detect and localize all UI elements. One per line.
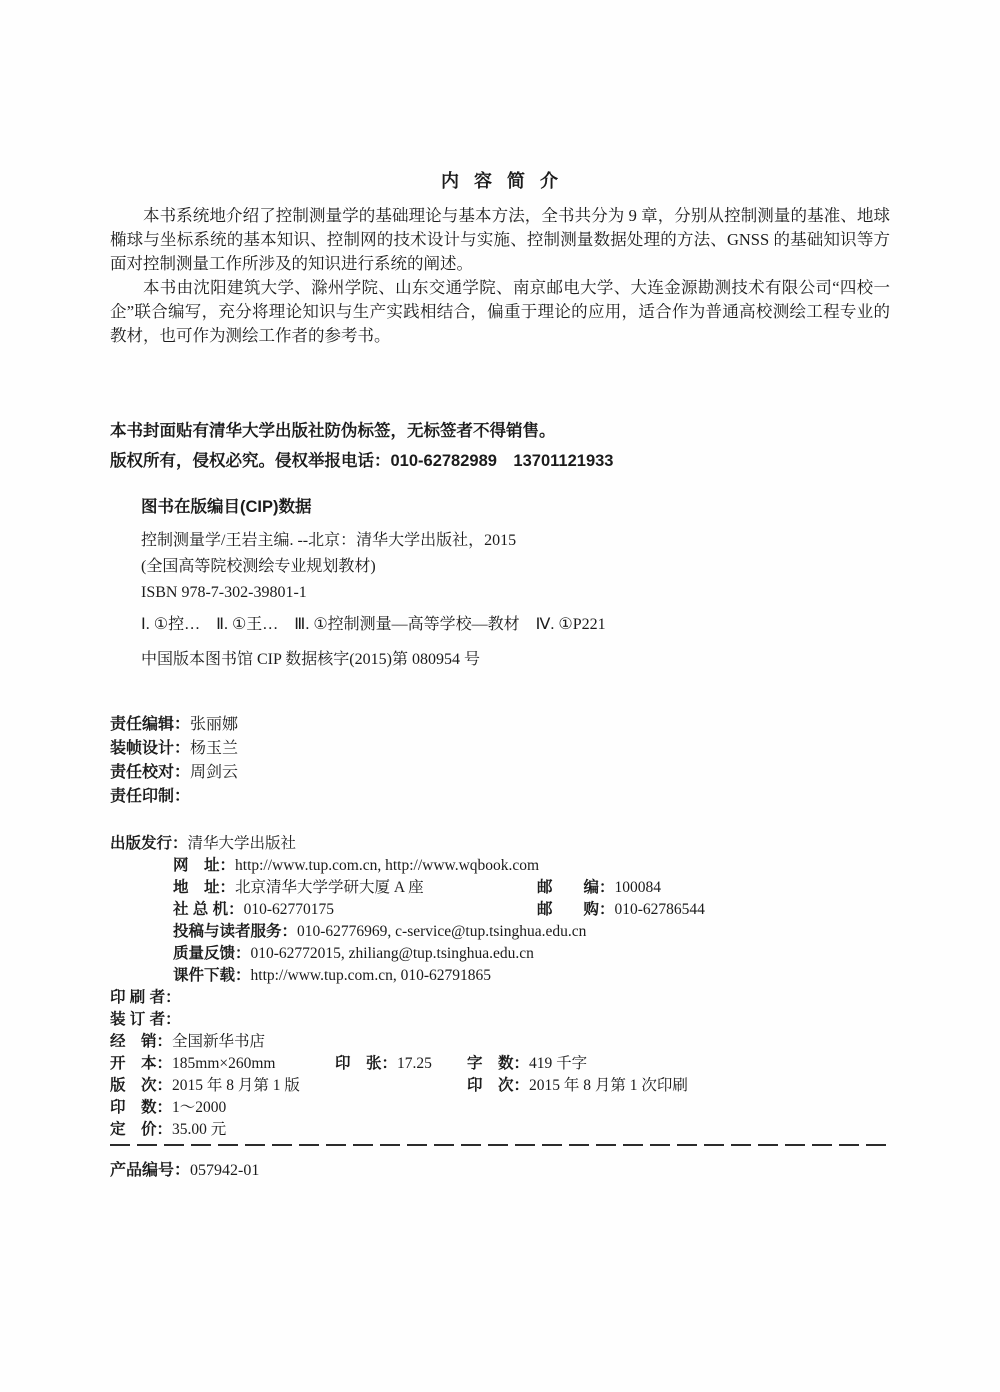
intro-paragraph-2: 本书由沈阳建筑大学、滁州学院、山东交通学院、南京邮电大学、大连金源勘测技术有限公…: [110, 276, 890, 348]
printer-label: 印 刷 者：: [110, 989, 181, 1006]
intro-section: 本书系统地介绍了控制测量学的基础理论与基本方法，全书共分为 9 章，分别从控制测…: [110, 204, 890, 348]
edition-label: 版 次：: [110, 1077, 172, 1094]
courseware-row: 课件下载：http://www.tup.com.cn, 010-62791865: [110, 965, 890, 987]
edition-value: 2015 年 8 月第 1 版: [172, 1077, 300, 1094]
credit-row-proofreader: 责任校对：周剑云: [110, 761, 890, 785]
credit-row-editor: 责任编辑：张丽娜: [110, 713, 890, 737]
address-value: 北京清华大学学研大厦 A 座: [235, 879, 424, 896]
credit-label: 责任校对：: [110, 764, 190, 781]
reader-service-label: 投稿与读者服务：: [173, 923, 297, 940]
word-count-value: 419 千字: [529, 1055, 587, 1072]
printer-row: 印 刷 者：: [110, 987, 890, 1009]
cip-isbn: ISBN 978-7-302-39801-1: [141, 580, 890, 606]
sheets-value: 17.25: [397, 1055, 432, 1072]
credit-value: 周剑云: [190, 764, 238, 781]
product-number-label: 产品编号：: [110, 1162, 190, 1179]
zip-value: 100084: [615, 879, 662, 896]
distributor-label: 经 销：: [110, 1033, 172, 1050]
impression-field: 印 次：2015 年 8 月第 1 次印刷: [467, 1075, 688, 1097]
website-value: http://www.tup.com.cn, http://www.wqbook…: [235, 857, 539, 874]
courseware-label: 课件下载：: [173, 967, 251, 984]
reader-service-row: 投稿与读者服务：010-62776969, c-service@tup.tsin…: [110, 921, 890, 943]
price-row: 定 价：35.00 元: [110, 1119, 890, 1141]
address-label: 地 址：: [173, 879, 235, 896]
credit-row-designer: 装帧设计：杨玉兰: [110, 737, 890, 761]
publisher-label: 出版发行：: [110, 835, 188, 852]
sheets-field: 印 张：17.25: [335, 1053, 432, 1075]
publisher-row: 出版发行：清华大学出版社: [110, 833, 890, 855]
credits-section: 责任编辑：张丽娜 装帧设计：杨玉兰 责任校对：周剑云 责任印制：: [110, 713, 890, 809]
page-title: 内 容 简 介: [110, 170, 890, 192]
credit-value: 杨玉兰: [190, 740, 238, 757]
copyright-notice: 版权所有，侵权必究。侵权举报电话：010-62782989 1370112193…: [110, 446, 890, 476]
cip-record-number: 中国版本图书馆 CIP 数据核字(2015)第 080954 号: [141, 649, 890, 671]
price-label: 定 价：: [110, 1121, 172, 1138]
binder-row: 装 订 者：: [110, 1009, 890, 1031]
impression-value: 2015 年 8 月第 1 次印刷: [529, 1077, 688, 1094]
mail-order-field: 邮 购：010-62786544: [537, 899, 705, 921]
page-content: 内 容 简 介 本书系统地介绍了控制测量学的基础理论与基本方法，全书共分为 9 …: [110, 0, 890, 1182]
distributor-row: 经 销：全国新华书店: [110, 1031, 890, 1053]
switchboard-row: 社 总 机：010-62770175 邮 购：010-62786544: [110, 899, 890, 921]
product-number-row: 产品编号：057942-01: [110, 1160, 890, 1182]
impression-label: 印 次：: [467, 1077, 529, 1094]
format-label: 开 本：: [110, 1055, 172, 1072]
address-row: 地 址：北京清华大学学研大厦 A 座 邮 编：100084: [110, 877, 890, 899]
credit-value: 张丽娜: [190, 716, 238, 733]
credit-label: 责任印制：: [110, 788, 190, 805]
word-count-field: 字 数：419 千字: [467, 1053, 587, 1075]
courseware-value: http://www.tup.com.cn, 010-62791865: [251, 967, 492, 984]
publisher-value: 清华大学出版社: [188, 835, 297, 852]
cip-body: 控制测量学/王岩主编. --北京：清华大学出版社，2015 (全国高等院校测绘专…: [141, 528, 890, 606]
cip-title-line: 控制测量学/王岩主编. --北京：清华大学出版社，2015: [141, 528, 890, 554]
credit-label: 装帧设计：: [110, 740, 190, 757]
website-row: 网 址：http://www.tup.com.cn, http://www.wq…: [110, 855, 890, 877]
mail-order-label: 邮 购：: [537, 901, 615, 918]
switchboard-label: 社 总 机：: [173, 901, 244, 918]
format-value: 185mm×260mm: [172, 1055, 275, 1072]
switchboard-value: 010-62770175: [244, 901, 334, 918]
mail-order-value: 010-62786544: [615, 901, 705, 918]
binder-label: 装 订 者：: [110, 1011, 181, 1028]
cip-series-line: (全国高等院校测绘专业规划教材): [141, 554, 890, 580]
website-label: 网 址：: [173, 857, 235, 874]
distributor-value: 全国新华书店: [172, 1033, 265, 1050]
format-row: 开 本：185mm×260mm 印 张：17.25 字 数：419 千字: [110, 1053, 890, 1075]
credit-row-print-supervisor: 责任印制：: [110, 785, 890, 809]
cip-classification: Ⅰ. ①控… Ⅱ. ①王… Ⅲ. ①控制测量—高等学校—教材 Ⅳ. ①P221: [141, 614, 890, 636]
dashed-divider: [110, 1144, 890, 1146]
quality-feedback-label: 质量反馈：: [173, 945, 251, 962]
quality-feedback-value: 010-62772015, zhiliang@tup.tsinghua.edu.…: [251, 945, 534, 962]
cip-heading: 图书在版编目(CIP)数据: [141, 496, 890, 518]
colophon-section: 出版发行：清华大学出版社 网 址：http://www.tup.com.cn, …: [110, 833, 890, 1141]
print-run-row: 印 数：1～2000: [110, 1097, 890, 1119]
quality-feedback-row: 质量反馈：010-62772015, zhiliang@tup.tsinghua…: [110, 943, 890, 965]
edition-row: 版 次：2015 年 8 月第 1 版 印 次：2015 年 8 月第 1 次印…: [110, 1075, 890, 1097]
notice-section: 本书封面贴有清华大学出版社防伪标签，无标签者不得销售。 版权所有，侵权必究。侵权…: [110, 416, 890, 476]
zip-field: 邮 编：100084: [537, 877, 661, 899]
reader-service-value: 010-62776969, c-service@tup.tsinghua.edu…: [297, 923, 586, 940]
word-count-label: 字 数：: [467, 1055, 529, 1072]
product-number-value: 057942-01: [190, 1162, 259, 1179]
price-value: 35.00 元: [172, 1121, 226, 1138]
zip-label: 邮 编：: [537, 879, 615, 896]
print-run-value: 1～2000: [172, 1099, 226, 1116]
cip-section: 图书在版编目(CIP)数据 控制测量学/王岩主编. --北京：清华大学出版社，2…: [141, 496, 890, 671]
copyright-page: 内 容 简 介 本书系统地介绍了控制测量学的基础理论与基本方法，全书共分为 9 …: [0, 0, 1000, 1392]
anti-piracy-notice: 本书封面贴有清华大学出版社防伪标签，无标签者不得销售。: [110, 416, 890, 446]
intro-paragraph-1: 本书系统地介绍了控制测量学的基础理论与基本方法，全书共分为 9 章，分别从控制测…: [110, 204, 890, 276]
print-run-label: 印 数：: [110, 1099, 172, 1116]
sheets-label: 印 张：: [335, 1055, 397, 1072]
credit-label: 责任编辑：: [110, 716, 190, 733]
